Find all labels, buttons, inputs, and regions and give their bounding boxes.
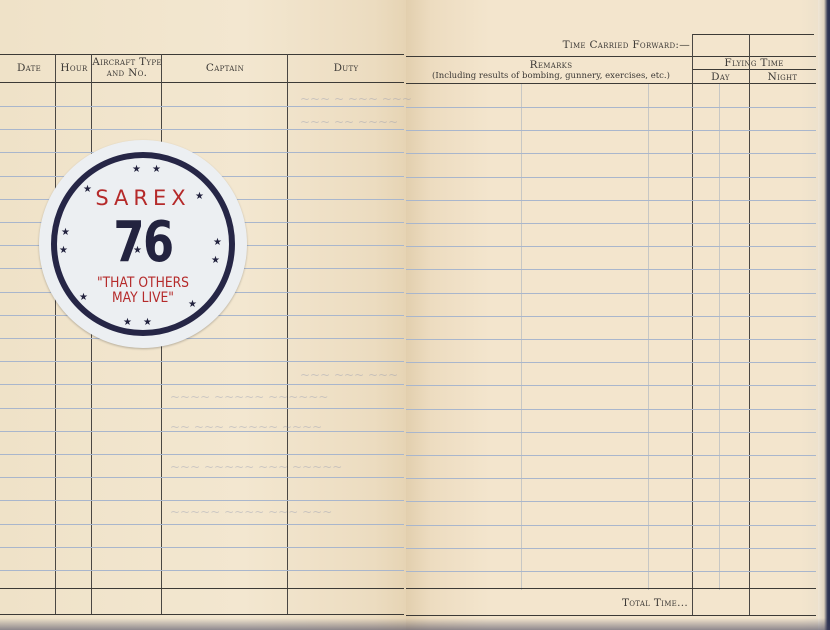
faint-column-guide (521, 84, 522, 590)
sticker-title: SAREX (39, 186, 247, 210)
ruled-line (0, 152, 404, 153)
ruled-line (0, 477, 404, 478)
column-header-aircraft: Aircraft Type and No. (92, 57, 162, 79)
star-icon: ★ (211, 256, 220, 266)
ruled-line (0, 106, 404, 107)
flying-time-subrule (692, 69, 816, 70)
ruled-line (406, 571, 816, 572)
ruled-line (406, 293, 816, 294)
ruled-line (0, 454, 404, 455)
star-icon: ★ (143, 318, 152, 328)
star-icon: ★ (195, 192, 204, 202)
column-header-duty: Duty (288, 63, 404, 74)
show-through-handwriting: ~~~~ ~~~~~ ~~~~~~ (170, 390, 328, 404)
left-column-divider (55, 54, 56, 614)
header-bottom-rule (406, 83, 816, 84)
ruled-line (406, 362, 816, 363)
ruled-line (0, 524, 404, 525)
ruled-line (0, 338, 404, 339)
star-icon: ★ (83, 185, 92, 195)
star-icon: ★ (133, 246, 142, 256)
star-icon: ★ (79, 293, 88, 303)
left-total-rule (0, 588, 404, 589)
show-through-handwriting: ~~~ ~~ ~~~~ (300, 115, 398, 129)
ruled-line (406, 385, 816, 386)
sticker-number: 76 (60, 210, 226, 275)
ruled-line (0, 570, 404, 571)
ruled-line (406, 339, 816, 340)
remarks-header: Remarks (410, 60, 692, 71)
ruled-line (406, 316, 816, 317)
right-column-divider (749, 34, 750, 616)
ruled-line (406, 107, 816, 108)
ruled-line (406, 455, 816, 456)
ruled-line (406, 525, 816, 526)
ruled-line (406, 153, 816, 154)
faint-column-guide (719, 84, 720, 590)
left-column-divider (287, 54, 288, 614)
right-bottom-rule (406, 615, 816, 616)
carried-forward-box-top (692, 34, 814, 35)
ruled-line (0, 384, 404, 385)
star-icon: ★ (123, 318, 132, 328)
night-column-header: Night (749, 72, 816, 83)
ruled-line (406, 478, 816, 479)
star-icon: ★ (132, 165, 141, 175)
column-header-captain: Captain (162, 63, 288, 74)
ruled-line (406, 130, 816, 131)
show-through-handwriting: ~~~~~ ~~~~ ~~~ ~~~ (170, 505, 332, 519)
show-through-handwriting: ~~~ ~ ~~~ ~~~ (300, 92, 412, 106)
remarks-subheader: (Including results of bombing, gunnery, … (410, 71, 692, 82)
star-icon: ★ (188, 300, 197, 310)
time-carried-forward-label: Time Carried Forward:— (520, 40, 690, 51)
show-through-handwriting: ~~~ ~~~~~ ~~~ ~~~~~ (170, 460, 342, 474)
right-total-rule (406, 588, 816, 589)
ruled-line (0, 361, 404, 362)
star-icon: ★ (61, 228, 70, 238)
show-through-handwriting: ~~~ ~~~ ~~~ (300, 368, 398, 382)
page-bottom-shadow (0, 618, 830, 630)
column-header-date: Date (4, 63, 54, 74)
day-column-header: Day (692, 72, 749, 83)
ruled-line (406, 200, 816, 201)
column-header-hour: Hour (56, 63, 92, 74)
right-column-divider (692, 34, 693, 616)
sticker-motto-line1: "THAT OTHERS (51, 276, 234, 291)
ruled-line (406, 177, 816, 178)
total-time-label: Total Time... (540, 598, 688, 609)
ruled-line (0, 408, 404, 409)
star-icon: ★ (213, 238, 222, 248)
ruled-line (0, 500, 404, 501)
star-icon: ★ (152, 165, 161, 175)
left-bottom-rule (0, 614, 404, 615)
ruled-line (406, 501, 816, 502)
ruled-line (406, 409, 816, 410)
book-edge (818, 0, 830, 630)
show-through-handwriting: ~~ ~~~ ~~~~~ ~~~~ (170, 420, 322, 434)
sarex-76-sticker: SAREX 76 "THAT OTHERS MAY LIVE" ★ ★ ★ ★ … (39, 140, 247, 348)
star-icon: ★ (59, 246, 68, 256)
ruled-line (406, 548, 816, 549)
flying-time-header: Flying Time (692, 58, 816, 69)
ruled-line (406, 223, 816, 224)
ruled-line (406, 432, 816, 433)
faint-column-guide (648, 84, 649, 590)
ruled-line (406, 269, 816, 270)
ruled-line (0, 129, 404, 130)
ruled-line (0, 547, 404, 548)
header-bottom-rule (0, 82, 404, 83)
ruled-line (406, 246, 816, 247)
header-top-rule (0, 54, 404, 55)
